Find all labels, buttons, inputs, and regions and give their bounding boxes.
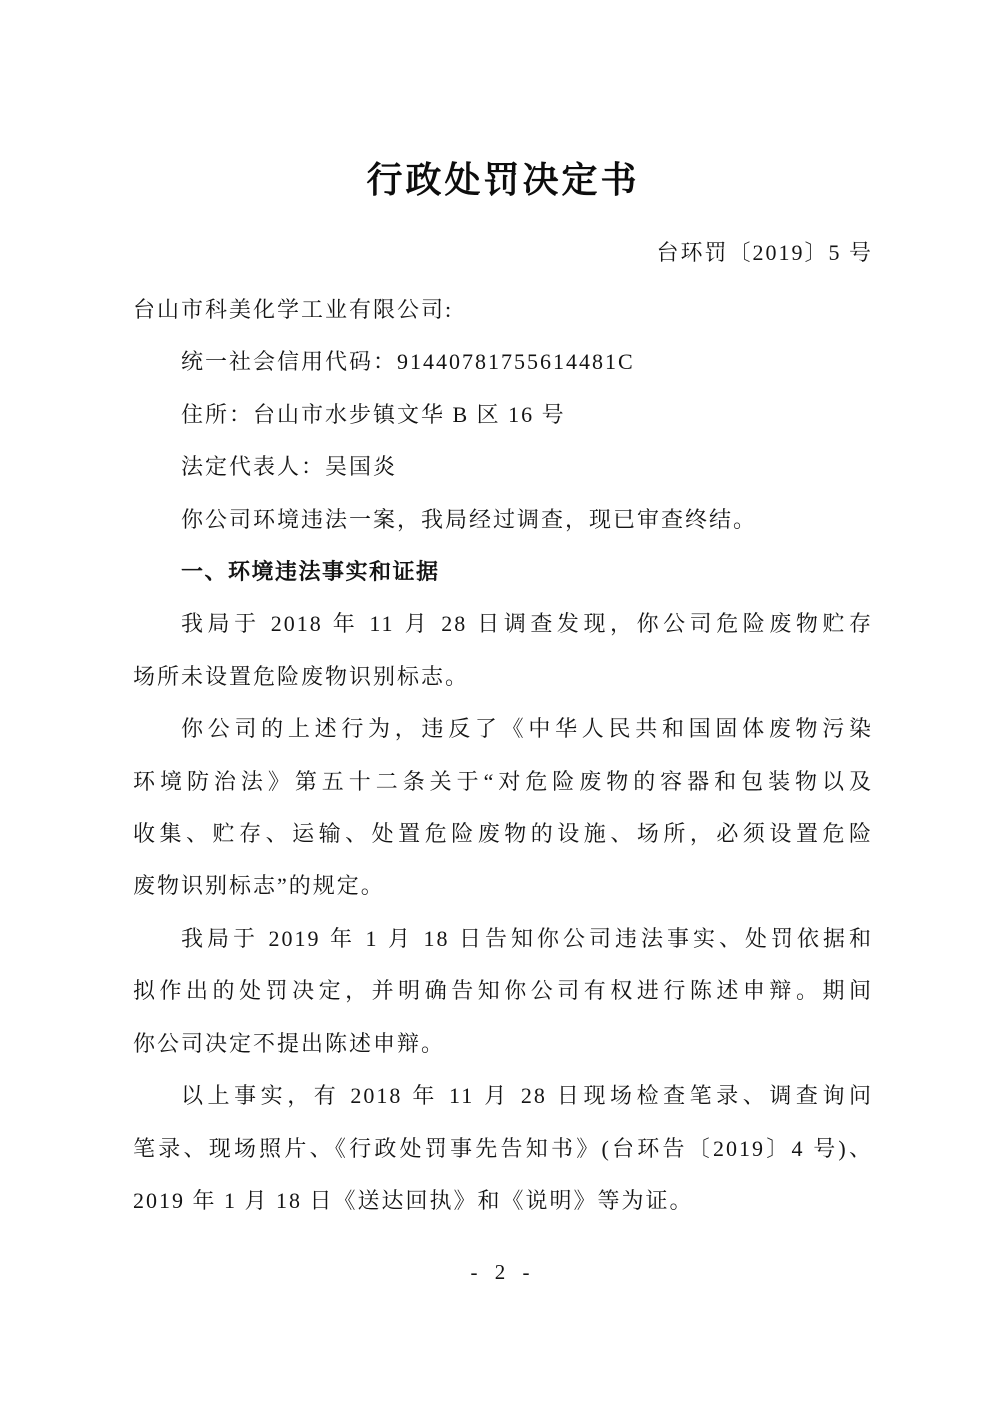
text-line: 你公司的上述行为，违反了《中华人民共和国固体废物污染: [133, 703, 873, 755]
text-line: 法定代表人：吴国炎: [133, 441, 873, 493]
text-line: 我局于 2018 年 11 月 28 日调查发现，你公司危险废物贮存: [133, 598, 873, 650]
text-line: 笔录、现场照片、《行政处罚事先告知书》(台环告〔2019〕4 号)、: [133, 1123, 873, 1175]
document-number: 台环罚〔2019〕5 号: [133, 238, 873, 268]
text-line: 你公司环境违法一案，我局经过调查，现已审查终结。: [133, 494, 873, 546]
text-line: 环境防治法》第五十二条关于“对危险废物的容器和包装物以及: [133, 756, 873, 808]
text-line: 2019 年 1 月 18 日《送达回执》和《说明》等为证。: [133, 1175, 873, 1227]
text-line: 统一社会信用代码：91440781755614481C: [133, 336, 873, 388]
text-line: 废物识别标志”的规定。: [133, 860, 873, 912]
text-line: 我局于 2019 年 1 月 18 日告知你公司违法事实、处罚依据和: [133, 913, 873, 965]
text-line: 住所：台山市水步镇文华 B 区 16 号: [133, 389, 873, 441]
document-page: 行政处罚决定书 台环罚〔2019〕5 号 台山市科美化学工业有限公司:统一社会信…: [0, 0, 992, 1403]
text-line: 以上事实，有 2018 年 11 月 28 日现场检查笔录、调查询问: [133, 1070, 873, 1122]
document-title: 行政处罚决定书: [133, 158, 873, 202]
section-heading: 一、环境违法事实和证据: [133, 546, 873, 598]
text-line: 收集、贮存、运输、处置危险废物的设施、场所，必须设置危险: [133, 808, 873, 860]
document-content: 行政处罚决定书 台环罚〔2019〕5 号 台山市科美化学工业有限公司:统一社会信…: [133, 0, 873, 1227]
text-line: 拟作出的处罚决定，并明确告知你公司有权进行陈述申辩。期间: [133, 965, 873, 1017]
text-line: 你公司决定不提出陈述申辩。: [133, 1018, 873, 1070]
page-number: - 2 -: [133, 1259, 873, 1285]
text-line: 台山市科美化学工业有限公司:: [133, 284, 873, 336]
text-line: 场所未设置危险废物识别标志。: [133, 651, 873, 703]
document-body: 台山市科美化学工业有限公司:统一社会信用代码：91440781755614481…: [133, 284, 873, 1227]
